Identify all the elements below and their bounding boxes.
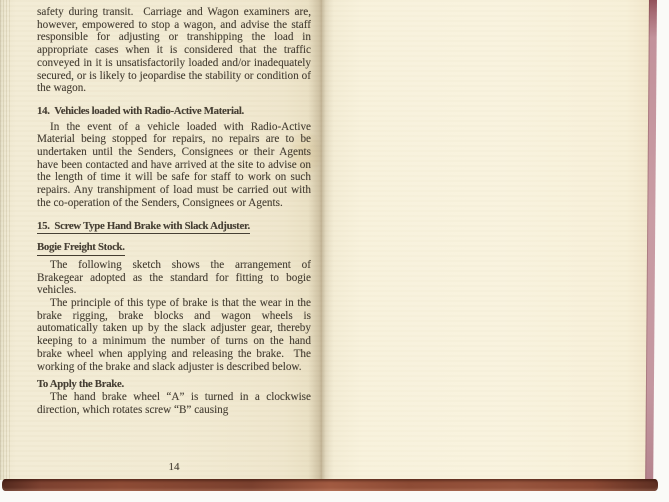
section-heading: 15. Screw Type Hand Brake with Slack Adj… bbox=[37, 220, 250, 235]
page-text-column: safety during transit. Carriage and Wago… bbox=[37, 0, 311, 480]
left-page: safety during transit. Carriage and Wago… bbox=[0, 0, 322, 480]
right-page-blank bbox=[322, 0, 652, 481]
section-heading: To Apply the Brake. bbox=[37, 378, 124, 391]
paragraph: The principle of this type of brake is t… bbox=[37, 297, 311, 373]
section-heading: 14. Vehicles loaded with Radio-Active Ma… bbox=[37, 105, 244, 118]
paragraph: In the event of a vehicle loaded with Ra… bbox=[37, 121, 311, 210]
page-number: 14 bbox=[37, 461, 311, 473]
cover-band-bottom bbox=[2, 479, 658, 491]
paragraph: safety during transit. Carriage and Wago… bbox=[37, 6, 311, 95]
book-gutter-shadow bbox=[308, 0, 334, 481]
text-sections: safety during transit. Carriage and Wago… bbox=[37, 0, 311, 460]
paragraph: The hand brake wheel “A” is turned in a … bbox=[37, 391, 311, 416]
left-page-edge-strip bbox=[0, 0, 10, 480]
paragraph: The following sketch shows the arrangeme… bbox=[37, 259, 311, 297]
book-scan: safety during transit. Carriage and Wago… bbox=[0, 0, 669, 502]
section-heading: Bogie Freight Stock. bbox=[37, 241, 125, 256]
